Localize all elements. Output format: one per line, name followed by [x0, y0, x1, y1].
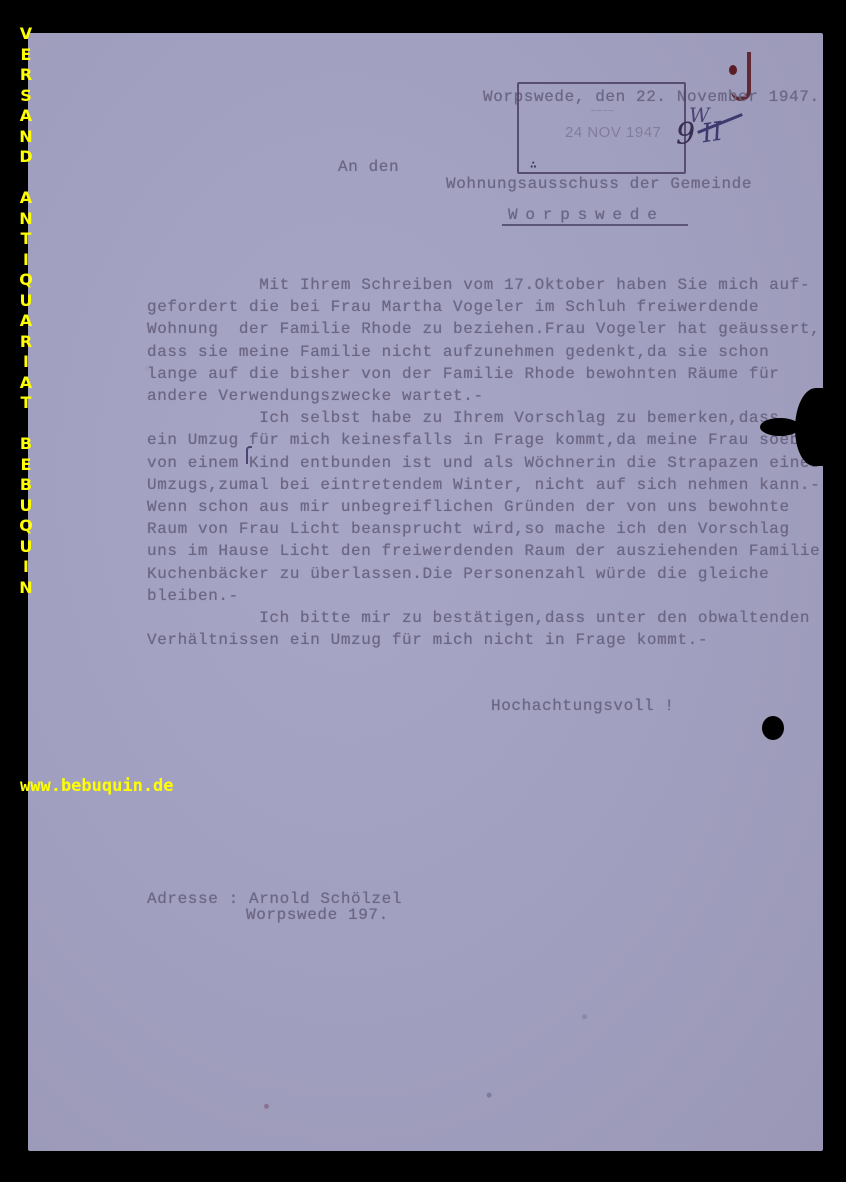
watermark-letter: N — [19, 209, 33, 230]
body-line: Verhältnissen ein Umzug für mich nicht i… — [147, 629, 820, 651]
watermark-letter: E — [19, 455, 33, 476]
watermark-letter: T — [19, 229, 33, 250]
recipient: Wohnungsausschuss der Gemeinde — [446, 175, 752, 193]
watermark-letter: T — [19, 393, 33, 414]
watermark-letter: A — [19, 311, 33, 332]
punch-hole — [762, 716, 784, 740]
body-line: bleiben.- — [147, 585, 820, 607]
vertical-watermark: VERSANDANTIQUARIATBEBUQUIN — [19, 24, 33, 598]
watermark-letter: N — [19, 127, 33, 148]
watermark-letter: E — [19, 45, 33, 66]
body-line: andere Verwendungszwecke wartet.- — [147, 385, 820, 407]
handwritten-number: 9 — [676, 117, 695, 152]
watermark-letter: I — [19, 352, 33, 373]
watermark-letter: D — [19, 147, 33, 168]
watermark-letter: A — [19, 373, 33, 394]
watermark-letter: I — [19, 250, 33, 271]
body-line: Ich bitte mir zu bestätigen,dass unter d… — [147, 607, 820, 629]
stamp-subtext: ~~~~ — [590, 107, 614, 118]
stamp-date: 24 NOV 1947 — [565, 124, 661, 141]
closing: Hochachtungsvoll ! — [491, 697, 675, 715]
recipient-city: Worpswede — [508, 206, 665, 224]
body-line: Kuchenbäcker zu überlassen.Die Personenz… — [147, 563, 820, 585]
body-line: dass sie meine Familie nicht aufzunehmen… — [147, 341, 820, 363]
sender-address-line2: Worpswede 197. — [246, 906, 389, 924]
body-line: Mit Ihrem Schreiben vom 17.Oktober haben… — [147, 274, 820, 296]
watermark-letter: U — [19, 537, 33, 558]
body-line: gefordert die bei Frau Martha Vogeler im… — [147, 296, 820, 318]
paper-tear-notch — [760, 418, 800, 436]
body-line: Wohnung der Familie Rhode zu beziehen.Fr… — [147, 318, 820, 340]
watermark-gap — [19, 168, 33, 189]
watermark-letter: I — [19, 557, 33, 578]
paper-tear — [795, 388, 835, 466]
watermark-letter: B — [19, 434, 33, 455]
watermark-letter: R — [19, 332, 33, 353]
red-ink-dot — [729, 65, 737, 75]
body-line: Raum von Frau Licht beansprucht wird,so … — [147, 518, 820, 540]
watermark-letter: A — [19, 188, 33, 209]
watermark-letter: U — [19, 291, 33, 312]
watermark-gap — [19, 414, 33, 435]
watermark-letter: U — [19, 496, 33, 517]
watermark-letter: N — [19, 578, 33, 599]
body-line: Ich selbst habe zu Ihrem Vorschlag zu be… — [147, 407, 820, 429]
body-line: uns im Hause Licht den freiwerdenden Rau… — [147, 540, 820, 562]
stamp-mark: ∴ — [530, 158, 537, 172]
watermark-letter: Q — [19, 270, 33, 291]
handwritten-roman-numeral: II — [700, 117, 725, 150]
salutation: An den — [338, 158, 399, 176]
watermark-letter: S — [19, 86, 33, 107]
city-underline — [502, 224, 688, 226]
watermark-letter: Q — [19, 516, 33, 537]
watermark-letter: A — [19, 106, 33, 127]
watermark-letter: R — [19, 65, 33, 86]
body-line: lange auf die bisher von der Familie Rho… — [147, 363, 820, 385]
body-line: Umzugs,zumal bei eintretendem Winter, ni… — [147, 474, 820, 496]
body-line: Wenn schon aus mir unbegreiflichen Gründ… — [147, 496, 820, 518]
website-watermark: www.bebuquin.de — [20, 776, 174, 796]
watermark-letter: V — [19, 24, 33, 45]
watermark-letter: B — [19, 475, 33, 496]
pen-correction-mark — [246, 446, 252, 464]
